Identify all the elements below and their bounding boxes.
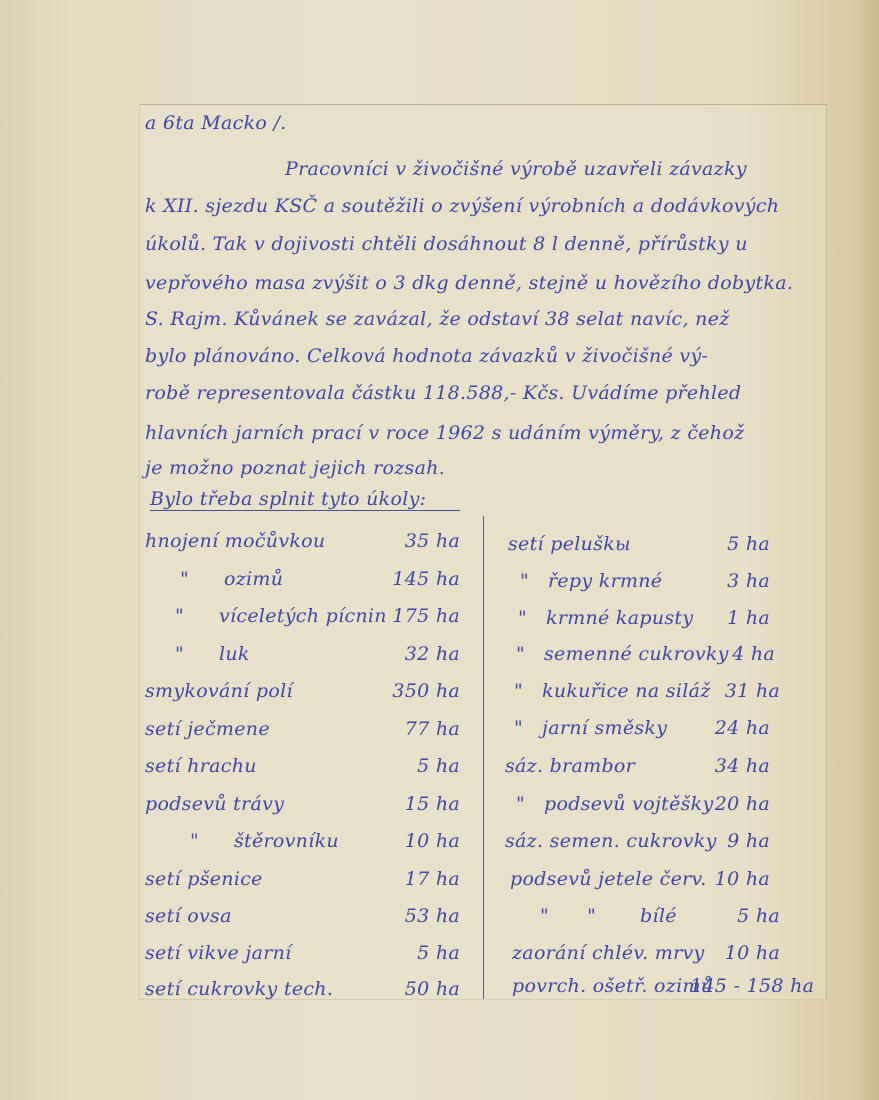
row-label: smykování polí — [145, 680, 293, 702]
row-value: 53 ha — [370, 905, 460, 927]
row-value: 5 ha — [370, 942, 460, 964]
column-divider — [483, 516, 484, 999]
paragraph-line-8: hlavních jarních prací v roce 1962 s udá… — [145, 422, 744, 444]
row-label: "ozimů — [180, 568, 283, 590]
row-value: 15 ha — [370, 793, 460, 815]
row-value: 10 ha — [690, 942, 780, 964]
row-label: "krmné kapusty — [518, 607, 693, 629]
row-value: 10 ha — [690, 868, 770, 890]
heading-underline — [150, 510, 460, 511]
paragraph-line-1: Pracovníci v živočišné výrobě uzavřeli z… — [285, 158, 747, 180]
row-label: setí peluškы — [508, 533, 631, 555]
row-label: setí hrachu — [145, 755, 257, 777]
row-value: 31 ha — [700, 680, 780, 702]
row-label: setí ječmene — [145, 718, 270, 740]
row-value: 50 ha — [370, 978, 460, 1000]
intro-line: a 6ta Macko /. — [145, 112, 287, 134]
row-label: "víceletých pícnin — [175, 605, 387, 627]
row-label: "podsevů vojtěšky — [516, 793, 714, 815]
row-value: 1 ha — [690, 607, 770, 629]
row-label: podsevů jetele červ. — [510, 868, 707, 890]
row-label: povrch. ošetř. ozimů — [512, 975, 713, 997]
row-value: 34 ha — [690, 755, 770, 777]
row-label: " "bílé — [540, 905, 677, 927]
row-label: sáz. brambor — [505, 755, 635, 777]
row-value: 4 ha — [695, 643, 775, 665]
row-value: 9 ha — [690, 830, 770, 852]
row-value: 32 ha — [370, 643, 460, 665]
row-value: 350 ha — [370, 680, 460, 702]
row-label: setí pšenice — [145, 868, 263, 890]
row-label: "řepy krmné — [520, 570, 662, 592]
row-label: setí vikve jarní — [145, 942, 292, 964]
row-value: 5 ha — [370, 755, 460, 777]
paragraph-line-2: k XII. sjezdu KSČ a soutěžili o zvýšení … — [145, 195, 779, 217]
row-label: setí cukrovky tech. — [145, 978, 333, 1000]
row-label: sáz. semen. cukrovky — [505, 830, 717, 852]
paragraph-line-6: bylo plánováno. Celková hodnota závazků … — [145, 345, 708, 367]
row-label: "luk — [175, 643, 250, 665]
row-value: 145 - 158 ha — [690, 975, 808, 997]
row-value: 10 ha — [370, 830, 460, 852]
paragraph-line-3: úkolů. Tak v dojivosti chtěli dosáhnout … — [145, 233, 748, 255]
row-value: 175 ha — [370, 605, 460, 627]
paragraph-line-4: vepřového masa zvýšit o 3 dkg denně, ste… — [145, 272, 793, 294]
row-value: 35 ha — [370, 530, 460, 552]
row-label: setí ovsa — [145, 905, 232, 927]
row-value: 5 ha — [700, 905, 780, 927]
row-label: podsevů trávy — [145, 793, 284, 815]
paragraph-line-7: robě representovala částku 118.588,- Kčs… — [145, 382, 741, 404]
row-label: "jarní směsky — [514, 717, 667, 739]
row-label: zaorání chlév. mrvy — [512, 942, 705, 964]
paragraph-line-5: S. Rajm. Kůvánek se zavázal, že odstaví … — [145, 308, 730, 330]
row-value: 17 ha — [370, 868, 460, 890]
list-heading: Bylo třeba splnit tyto úkoly: — [150, 488, 426, 510]
row-value: 5 ha — [690, 533, 770, 555]
row-label: "kukuřice na siláž — [514, 680, 711, 702]
paragraph-line-9: je možno poznat jejich rozsah. — [145, 457, 445, 479]
row-value: 20 ha — [690, 793, 770, 815]
row-value: 145 ha — [370, 568, 460, 590]
row-label: "štěrovníku — [190, 830, 339, 852]
row-value: 77 ha — [370, 718, 460, 740]
row-label: hnojení močůvkou — [145, 530, 325, 552]
row-value: 3 ha — [690, 570, 770, 592]
row-value: 24 ha — [690, 717, 770, 739]
